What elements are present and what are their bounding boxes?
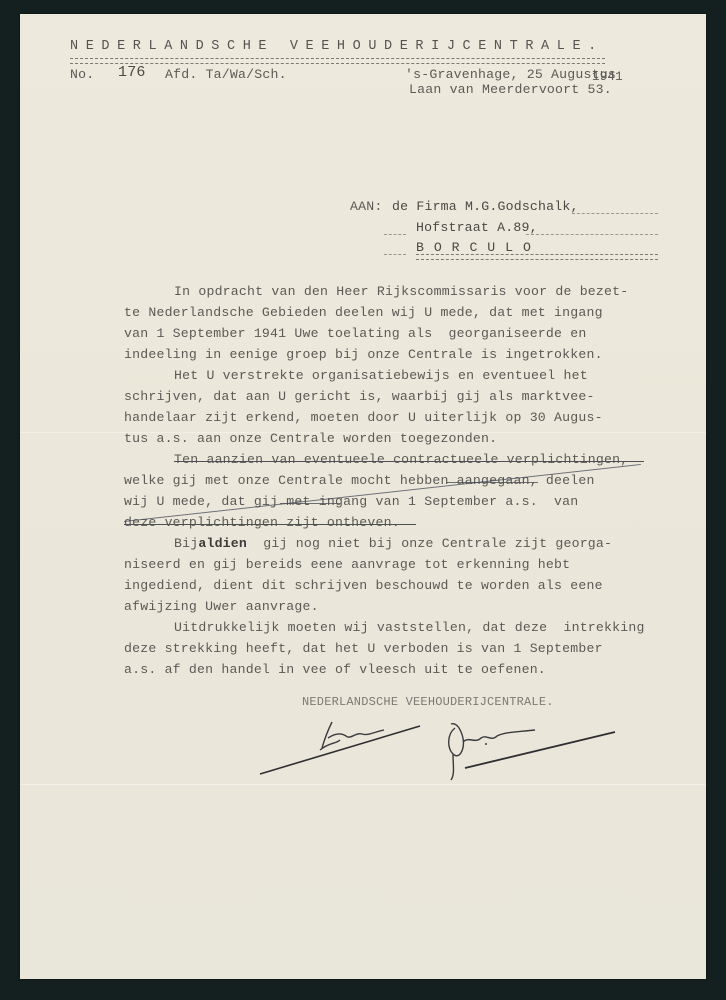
reference-no: 176	[118, 65, 146, 81]
signature-2-icon	[425, 714, 625, 784]
department: Afd. Ta/Wa/Sch.	[165, 67, 287, 83]
letterhead-double-rule	[70, 58, 605, 64]
text-line: In opdracht van den Heer Rijkscommissari…	[174, 284, 628, 300]
fill-line	[572, 213, 658, 214]
fill-line	[384, 254, 406, 255]
letter-page: NEDERLANDSCHE VEEHOUDERIJCENTRALE. No. 1…	[20, 14, 706, 979]
sender-address: Laan van Meerdervoort 53.	[409, 82, 612, 98]
text-line: schrijven, dat aan U gericht is, waarbij…	[124, 389, 595, 405]
text-line: te Nederlandsche Gebieden deelen wij U m…	[124, 305, 603, 321]
text-line: tus a.s. aan onze Centrale worden toegez…	[124, 431, 497, 447]
text-line: handelaar zijt erkend, moeten door U uit…	[124, 410, 603, 426]
text-fragment: Bij	[174, 536, 198, 551]
text-line: niseerd en gij bereids eene aanvrage tot…	[124, 557, 570, 573]
text-line: a.s. af den handel in vee of vleesch uit…	[124, 662, 546, 678]
place-date: 's-Gravenhage, 25 Augustus	[405, 67, 616, 83]
bold-fragment: aldien	[198, 536, 247, 551]
fill-line	[526, 234, 658, 235]
text-line: Het U verstrekte organisatiebewijs en ev…	[174, 368, 588, 384]
text-line: ingediend, dient dit schrijven beschouwd…	[124, 578, 603, 594]
recipient-line-1: de Firma M.G.Godschalk,	[392, 199, 579, 215]
text-line: welke gij met onze Centrale mocht hebben…	[124, 473, 595, 489]
text-line: afwijzing Uwer aanvrage.	[124, 599, 319, 615]
recipient-line-2: Hofstraat A.89,	[416, 220, 538, 236]
text-fragment: gij nog niet bij onze Centrale zijt geor…	[247, 536, 612, 551]
paper-fold	[20, 784, 706, 785]
recipient-double-rule	[416, 254, 658, 260]
letterhead-organisation: NEDERLANDSCHE VEEHOUDERIJCENTRALE.	[70, 39, 604, 55]
strikethrough-line	[124, 524, 416, 525]
closing-signatory: NEDERLANDSCHE VEEHOUDERIJCENTRALE.	[302, 694, 554, 710]
text-line: van 1 September 1941 Uwe toelating als g…	[124, 326, 587, 342]
strikethrough-line	[174, 461, 644, 462]
text-line: indeeling in eenige groep bij onze Centr…	[124, 347, 603, 363]
text-line-struck: Ten aanzien van eventueele contractueele…	[174, 452, 628, 468]
fill-line	[384, 234, 406, 235]
text-line: deze strekking heeft, dat het U verboden…	[124, 641, 603, 657]
recipient-prefix: AAN:	[350, 199, 382, 215]
text-line: Uitdrukkelijk moeten wij vaststellen, da…	[174, 620, 645, 636]
reference-no-label: No.	[70, 67, 94, 83]
text-line: Bijaldien gij nog niet bij onze Centrale…	[174, 536, 612, 552]
